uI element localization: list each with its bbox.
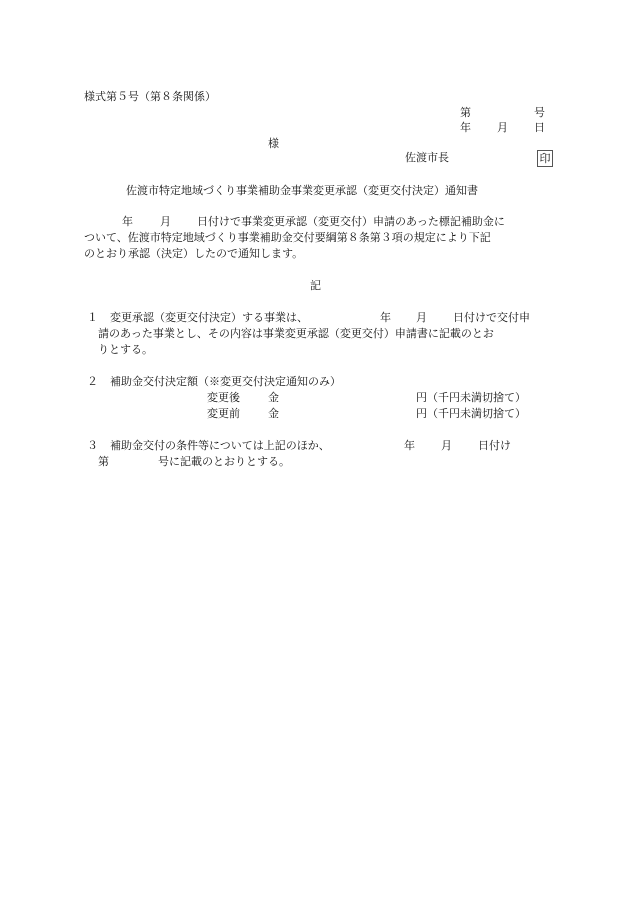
document-title: 佐渡市特定地域づくり事業補助金事業変更承認（変更交付決定）通知書 <box>126 184 478 198</box>
item-1-year: 年 <box>380 311 391 325</box>
item-3-line1-end: 日付け <box>478 439 511 453</box>
intro-month: 月 <box>160 215 171 229</box>
ki-heading: 記 <box>310 279 321 293</box>
item-1-number: １ <box>87 311 98 325</box>
item-3-month: 月 <box>441 439 452 453</box>
date-day: 日 <box>534 121 545 135</box>
item-3-line2-prefix: 第 <box>98 455 109 469</box>
intro-line1: 日付けで事業変更承認（変更交付）申請のあった標記補助金に <box>197 215 505 229</box>
item-1-line2: 請のあった事業とし、その内容は事業変更承認（変更交付）申請書に記載のとお <box>98 327 494 341</box>
date-year: 年 <box>460 121 471 135</box>
intro-line2: ついて、佐渡市特定地域づくり事業補助金交付要綱第８条第３項の規定により下記 <box>84 231 491 245</box>
number-suffix: 号 <box>534 106 545 120</box>
item-1-line1-end: 日付けで交付申 <box>453 311 530 325</box>
item-3-line1: 補助金交付の条件等については上記のほか、 <box>110 439 330 453</box>
item-3-year: 年 <box>404 439 415 453</box>
item-2-row1-kin: 金 <box>268 391 279 405</box>
item-3-line2-end: 号に記載のとおりとする。 <box>158 455 290 469</box>
intro-line3: のとおり承認（決定）したので通知します。 <box>84 247 303 261</box>
addressee-suffix: 様 <box>268 137 279 151</box>
intro-year: 年 <box>122 215 133 229</box>
form-number: 様式第５号（第８条関係） <box>84 90 216 104</box>
number-prefix: 第 <box>460 106 471 120</box>
issuer: 佐渡市長 <box>405 151 449 165</box>
seal-box: 印 <box>537 150 553 167</box>
date-month: 月 <box>497 121 508 135</box>
item-3-number: ３ <box>87 439 98 453</box>
item-2-row2-kin: 金 <box>268 407 279 421</box>
item-2-row2-yen: 円（千円未満切捨て） <box>416 407 526 421</box>
item-2-line1: 補助金交付決定額（※変更交付決定通知のみ） <box>110 375 341 389</box>
item-2-number: ２ <box>87 375 98 389</box>
item-1-line1: 変更承認（変更交付決定）する事業は、 <box>110 311 308 325</box>
item-2-row1-label: 変更後 <box>207 391 240 405</box>
item-1-month: 月 <box>416 311 427 325</box>
item-2-row2-label: 変更前 <box>207 407 240 421</box>
item-1-line3: りとする。 <box>98 343 153 357</box>
item-2-row1-yen: 円（千円未満切捨て） <box>416 391 526 405</box>
